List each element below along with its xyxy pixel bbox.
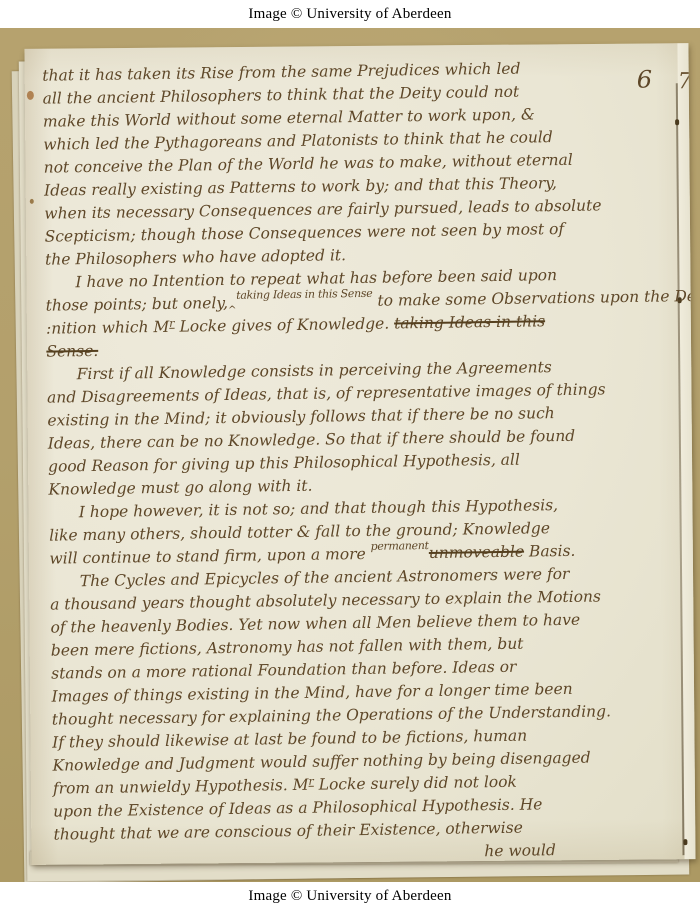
struck-through-text: unmoveable bbox=[429, 543, 524, 562]
struck-through-text: Sense. bbox=[46, 342, 98, 361]
handwritten-text: Locke gives of Knowledge. bbox=[174, 314, 394, 335]
handwritten-text: the Philosophers who have adopted it. bbox=[45, 246, 346, 268]
handwritten-text: Basis. bbox=[524, 542, 576, 561]
handwritten-text: to make some Observations upon the Defi: bbox=[372, 287, 695, 310]
handwritten-text: Knowledge must go along with it. bbox=[48, 477, 312, 499]
next-page-number: 7 bbox=[678, 69, 692, 94]
insertion-caret: ^ bbox=[228, 299, 237, 322]
bottom-caption-bar: Image © University of Aberdeen bbox=[0, 882, 700, 910]
stitch-mark bbox=[675, 119, 679, 125]
interlinear-insertion: permanent bbox=[370, 541, 428, 552]
top-caption-bar: Image © University of Aberdeen bbox=[0, 0, 700, 28]
foxing-spot bbox=[30, 199, 34, 204]
manuscript-text: that it has taken its Rise from the same… bbox=[42, 55, 684, 865]
superscript-letter: r bbox=[169, 312, 175, 335]
foxing-spot bbox=[27, 91, 34, 100]
handwritten-text: those points; but onely, bbox=[46, 294, 229, 315]
copyright-notice-top: Image © University of Aberdeen bbox=[248, 6, 451, 23]
interlinear-insertion: taking Ideas in this Sense bbox=[236, 289, 372, 301]
handwritten-text: he would bbox=[484, 841, 556, 860]
struck-through-text: taking Ideas in this bbox=[394, 312, 545, 332]
handwritten-text: Scepticism; though those Consequences we… bbox=[45, 220, 565, 246]
handwritten-text: good Reason for giving up this Philosoph… bbox=[48, 451, 520, 476]
handwritten-text: will continue to stand firm, upon a more bbox=[49, 545, 370, 568]
manuscript-page: 6 7 that it has taken its Rise from the … bbox=[24, 43, 695, 865]
handwritten-text: from an unwieldy Hypothesis. M bbox=[53, 776, 309, 798]
manuscript-scan: 6 7 that it has taken its Rise from the … bbox=[0, 28, 700, 882]
copyright-notice-bottom: Image © University of Aberdeen bbox=[248, 888, 451, 905]
handwritten-text: thought that we are conscious of their E… bbox=[53, 819, 523, 844]
handwritten-text: Locke surely did not look bbox=[314, 773, 517, 794]
stitch-mark bbox=[683, 839, 687, 845]
superscript-letter: r bbox=[308, 770, 314, 793]
handwritten-text: :nition which M bbox=[46, 318, 170, 338]
